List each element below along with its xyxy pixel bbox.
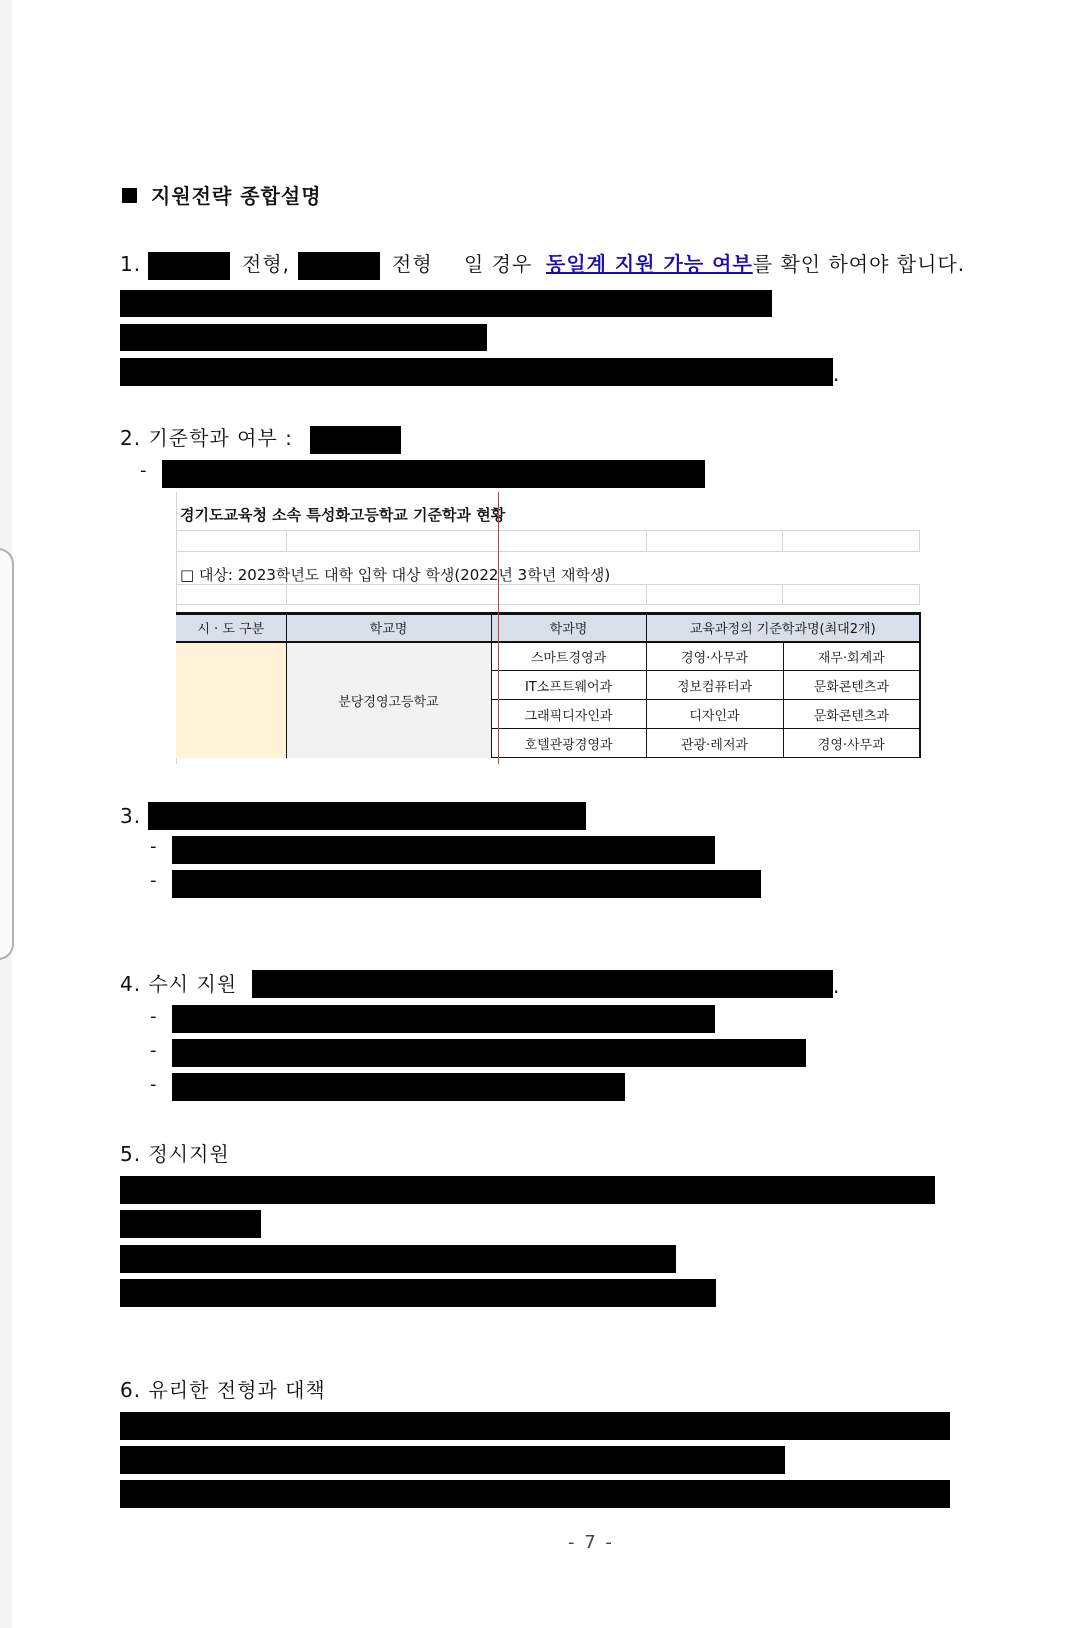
dept-cell: 스마트경영과	[491, 642, 646, 671]
item-5-number: 5.	[120, 1142, 141, 1166]
redaction-bar	[120, 358, 833, 386]
table-header-row: 시 · 도 구분 학교명 학과명 교육과정의 기준학과명(최대2개)	[176, 614, 920, 642]
item-2-number: 2.	[120, 426, 141, 450]
item-4-bullet: -	[150, 1006, 157, 1027]
item-1-link-line: 동일계 지원 가능 여부를 확인 하여야 합니다.	[546, 252, 965, 276]
redaction-bar	[310, 426, 401, 454]
redaction-bar	[120, 1210, 261, 1238]
item-1-number: 1.	[120, 252, 141, 276]
redaction-bar	[120, 1412, 950, 1440]
redaction-bar	[120, 1279, 716, 1307]
redaction-bar	[148, 802, 586, 830]
page-number: - 7 -	[568, 1532, 614, 1553]
dept-cell: 그래픽디자인과	[491, 700, 646, 729]
item-4-bullet: -	[150, 1040, 157, 1061]
dept-cell: 호텔관광경영과	[491, 729, 646, 758]
table-title: 경기도교육청 소속 특성화고등학교 기준학과 현황	[180, 504, 505, 525]
item-6-text: 유리한 전형과 대책	[148, 1378, 325, 1402]
redaction-bar	[120, 1176, 935, 1204]
redaction-bar	[252, 970, 833, 998]
item-4-label: 4. 수시 지원	[120, 972, 237, 996]
redaction-bar	[298, 252, 380, 280]
item-4-period: .	[833, 974, 840, 998]
embedded-standard-dept-table: 경기도교육청 소속 특성화고등학교 기준학과 현황 □ 대상: 2023학년도 …	[176, 492, 928, 764]
item-4-number: 4.	[120, 972, 141, 996]
item-5-text: 정시지원	[148, 1142, 229, 1166]
cursor-guide-line	[498, 492, 499, 764]
item-1-suffix: 를 확인 하여야 합니다.	[753, 252, 965, 276]
std-dept-1-cell: 경영·사무과	[646, 642, 783, 671]
redaction-bar	[120, 1245, 676, 1273]
item-1-text-c: 일 경우	[464, 252, 532, 276]
item-1-text-b: 전형	[392, 252, 433, 276]
standard-dept-table: 시 · 도 구분 학교명 학과명 교육과정의 기준학과명(최대2개) 분당경영고…	[176, 612, 921, 758]
redaction-bar	[172, 1005, 715, 1033]
item-3-bullet: -	[150, 870, 157, 891]
item-4-text: 수시 지원	[148, 972, 237, 996]
section-heading: 지원전략 종합설명	[122, 184, 322, 208]
redaction-bar	[172, 870, 761, 898]
std-dept-2-cell: 문화콘텐츠과	[783, 700, 920, 729]
redaction-bar	[162, 460, 705, 488]
section-heading-text: 지원전략 종합설명	[151, 184, 322, 208]
redaction-bar	[120, 290, 772, 317]
item-1-period: .	[833, 362, 840, 386]
item-1-text-a: 전형,	[242, 252, 290, 276]
item-3-bullet: -	[150, 836, 157, 857]
redaction-bar	[172, 1039, 806, 1067]
header-school: 학교명	[286, 614, 491, 642]
std-dept-2-cell: 경영·사무과	[783, 729, 920, 758]
redaction-bar	[148, 252, 230, 280]
side-panel-handle[interactable]	[0, 548, 14, 960]
table-target-note: □ 대상: 2023학년도 대학 입학 대상 학생(2022년 3학년 재학생)	[180, 564, 610, 585]
redaction-bar	[172, 1073, 625, 1101]
std-dept-1-cell: 정보컴퓨터과	[646, 671, 783, 700]
item-4-bullet: -	[150, 1074, 157, 1095]
school-cell: 분당경영고등학교	[286, 642, 491, 758]
header-standard-dept: 교육과정의 기준학과명(최대2개)	[646, 614, 920, 642]
item-2-label: 2. 기준학과 여부 :	[120, 426, 293, 450]
item-5-label: 5. 정시지원	[120, 1142, 230, 1166]
item-2-text: 기준학과 여부 :	[148, 426, 292, 450]
redaction-bar	[120, 1480, 950, 1508]
std-dept-2-cell: 문화콘텐츠과	[783, 671, 920, 700]
item-6-label: 6. 유리한 전형과 대책	[120, 1378, 326, 1402]
same-field-eligibility-link[interactable]: 동일계 지원 가능 여부	[546, 252, 753, 276]
table-row: 분당경영고등학교 스마트경영과 경영·사무과 재무·회계과	[176, 642, 920, 671]
std-dept-2-cell: 재무·회계과	[783, 642, 920, 671]
item-3-number: 3.	[120, 804, 141, 828]
std-dept-1-cell: 관광·레저과	[646, 729, 783, 758]
black-square-bullet-icon	[122, 188, 137, 203]
redaction-bar	[120, 1446, 785, 1474]
item-2-bullet: -	[140, 460, 147, 481]
header-department: 학과명	[491, 614, 646, 642]
header-region: 시 · 도 구분	[176, 614, 286, 642]
region-cell	[176, 642, 286, 758]
item-6-number: 6.	[120, 1378, 141, 1402]
redaction-bar	[120, 324, 487, 351]
dept-cell: IT소프트웨어과	[491, 671, 646, 700]
std-dept-1-cell: 디자인과	[646, 700, 783, 729]
redaction-bar	[172, 836, 715, 864]
